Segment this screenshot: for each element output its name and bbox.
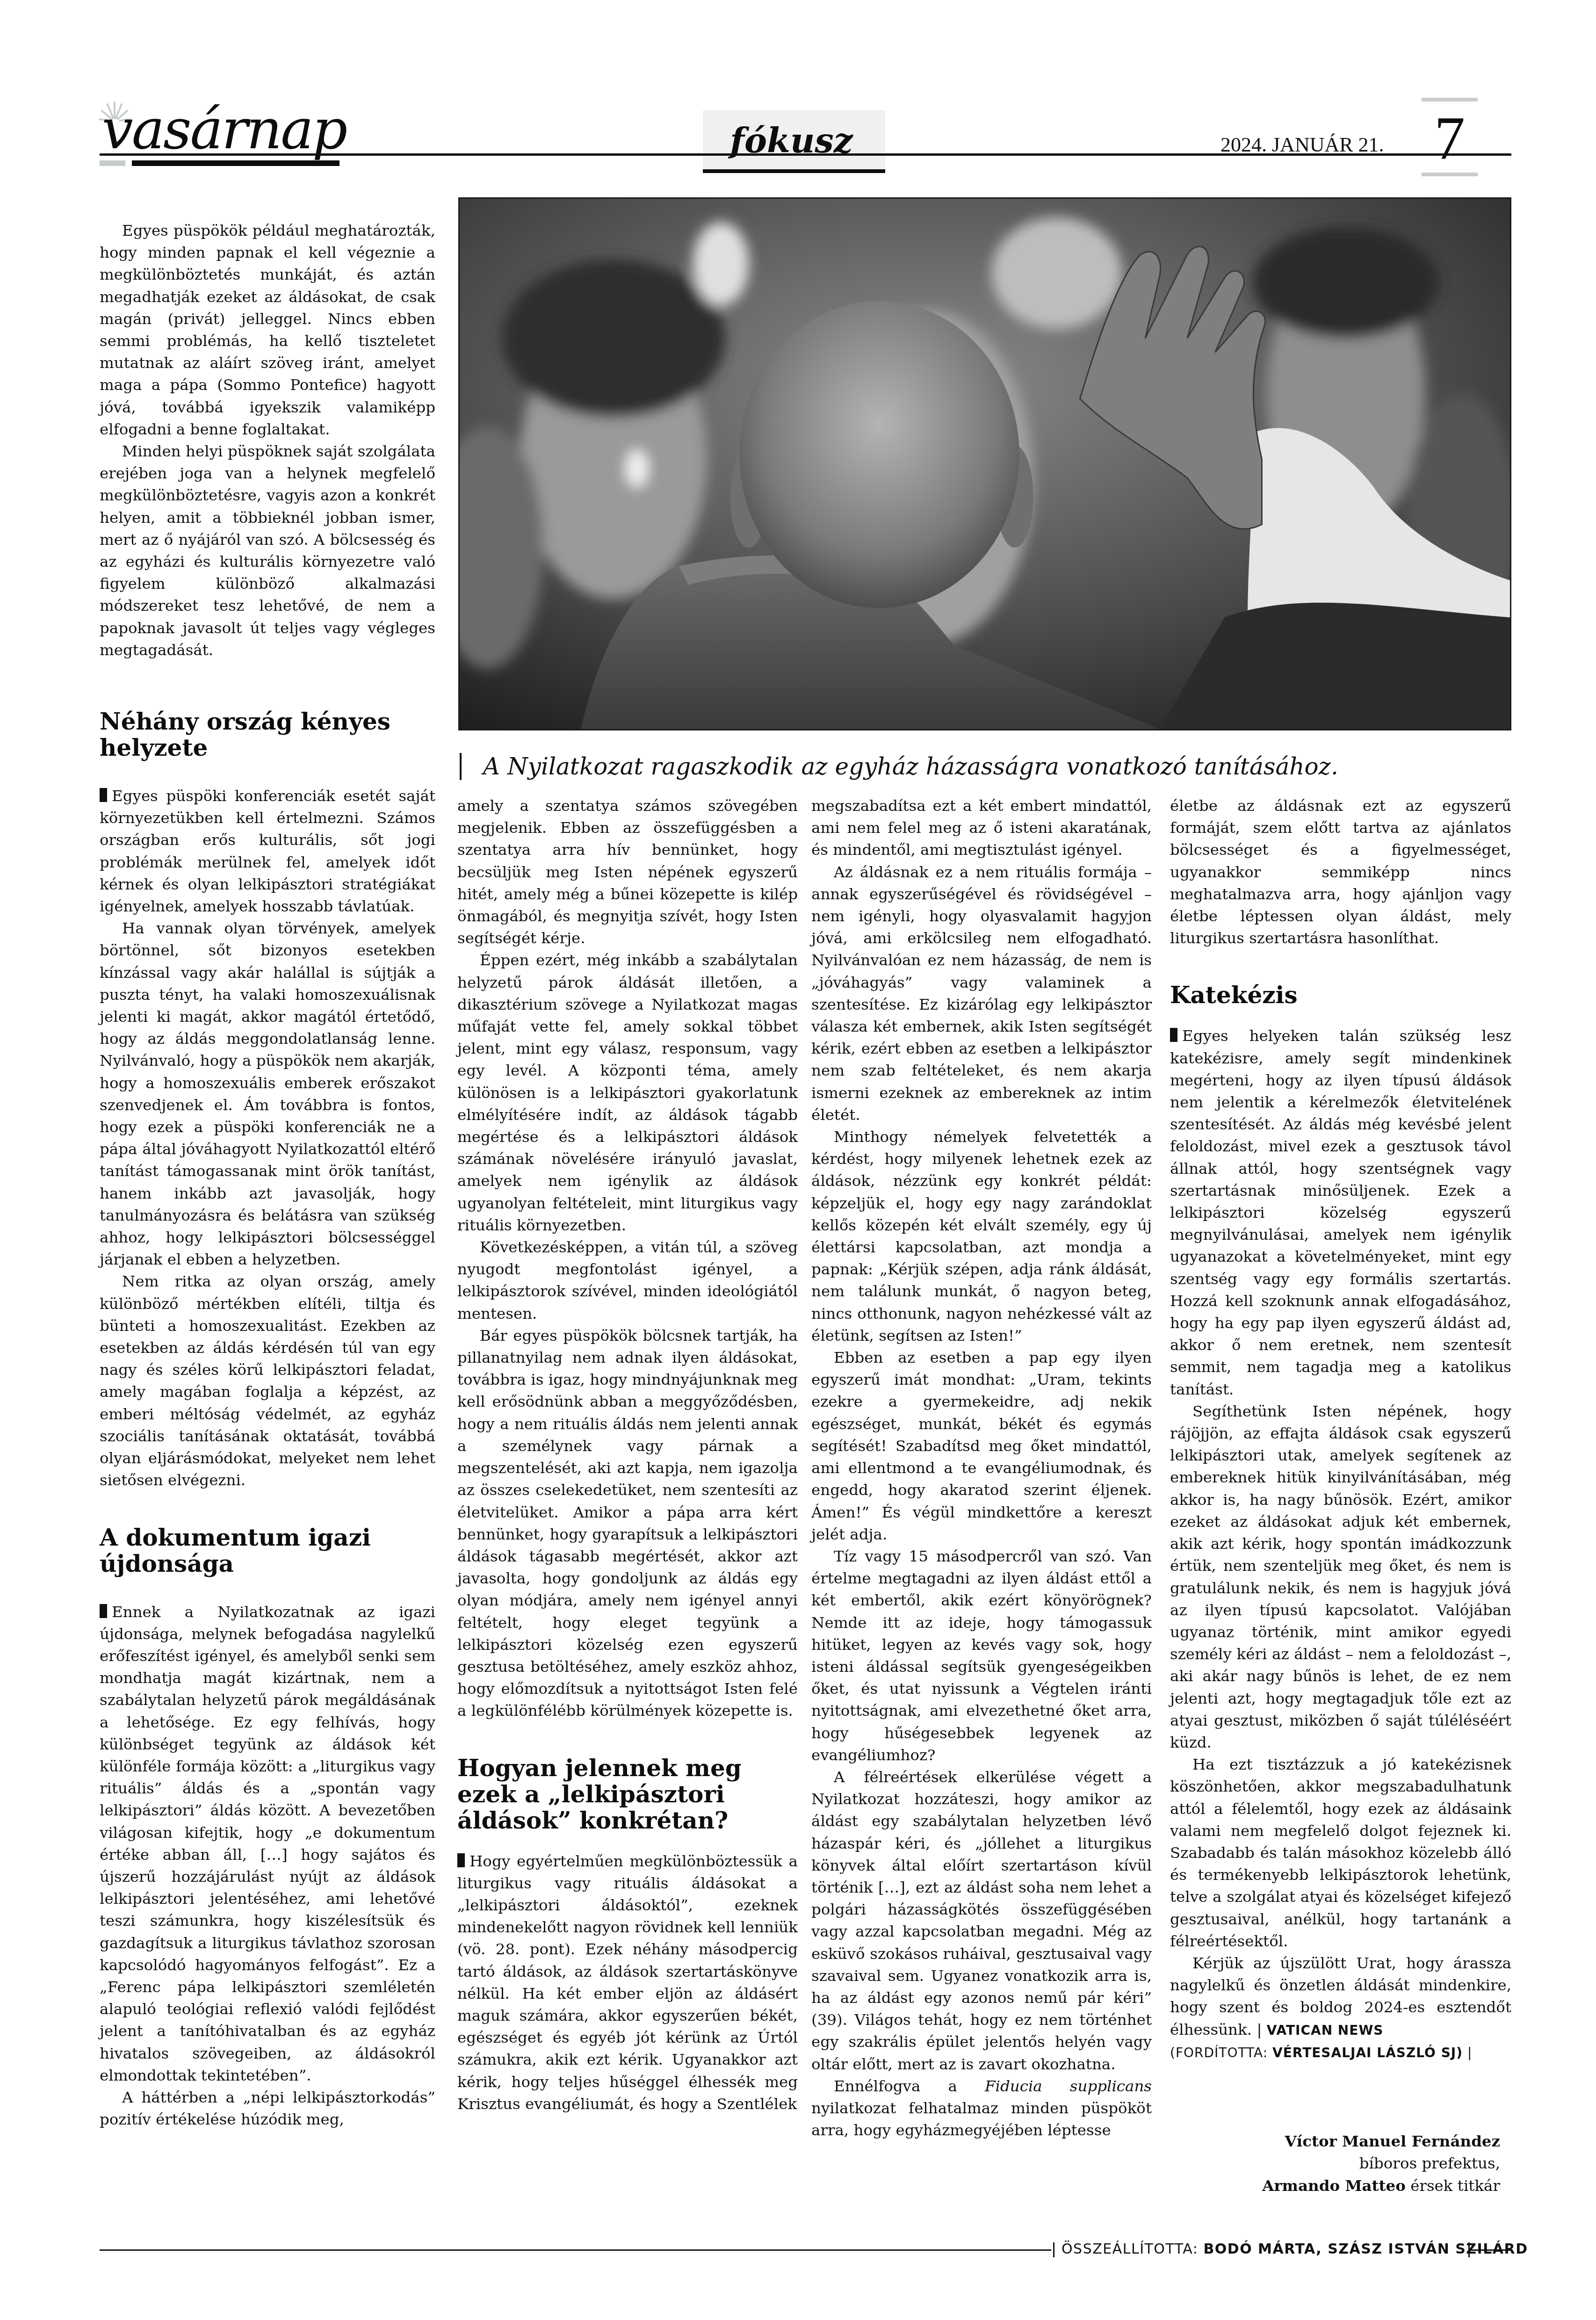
newspaper-logo[interactable]: vasárnap — [98, 101, 341, 168]
paragraph: Az áldásnak ez a nem rituális formája – … — [811, 861, 1152, 1126]
subheading-novelty: A dokumentum igazi újdonsága — [100, 1525, 435, 1577]
paragraph: amely a szentatya számos szövegében megj… — [457, 795, 798, 949]
lead-paragraph: Ennek a Nyilatkozatnak az igazi újdonság… — [100, 1601, 435, 2087]
paragraph: Nem ritka az olyan ország, amely különbö… — [100, 1271, 435, 1491]
paragraph: Kérjük az újszülött Urat, hogy árassza n… — [1170, 1952, 1511, 2064]
paragraph: Minden helyi püspöknek saját szolgálata … — [100, 441, 435, 661]
subheading-how: Hogyan jelennek meg ezek a „lelkipásztor… — [457, 1755, 798, 1834]
paragraph-marker-icon — [100, 788, 107, 802]
logo-rule-black — [132, 160, 339, 166]
paragraph: A félreértések elkerülése végett a Nyila… — [811, 1766, 1152, 2075]
paragraph: Ebben az esetben a pap egy ilyen egyszer… — [811, 1347, 1152, 1546]
document-title: Fiducia supplicans — [985, 2077, 1152, 2095]
column-1-bottom: Néhány ország kényes helyzete Egyes püsp… — [100, 708, 435, 2131]
header-rule — [100, 153, 1511, 156]
logo-rule-gray — [100, 160, 125, 166]
paragraph: Egyes püspökök például meghatározták, ho… — [100, 220, 435, 441]
lead-paragraph: Egyes püspöki konferenciák esetét saját … — [100, 785, 435, 918]
page-number-box: 7 — [1422, 98, 1478, 176]
paragraph: Tíz vagy 15 másodpercről van szó. Van ér… — [811, 1546, 1152, 1766]
photo-blessing-icon — [460, 199, 1510, 729]
column-2: amely a szentatya számos szövegében megj… — [457, 795, 798, 2115]
paragraph: Éppen ezért, még inkább a szabálytalan h… — [457, 949, 798, 1236]
paragraph: Ha vannak olyan törvények, amelyek börtö… — [100, 918, 435, 1271]
footer-rule-right — [1468, 2249, 1511, 2251]
subheading-catechesis: Katekézis — [1170, 982, 1511, 1008]
translator-name: VÉRTESALJAI LÁSZLÓ SJ) — [1272, 2045, 1463, 2060]
section-label-box: fókusz — [703, 110, 885, 173]
caption-bar — [460, 753, 462, 780]
paragraph: Ha ezt tisztázzuk a jó katekézisnek kösz… — [1170, 1754, 1511, 1952]
paragraph-marker-icon — [457, 1853, 465, 1867]
signatory-1-name: Víctor Manuel Fernández — [1285, 2132, 1500, 2150]
column-3: megszabadítsa ezt a két embert mindattól… — [811, 795, 1152, 2141]
paragraph: Bár egyes püspökök bölcsnek tartják, ha … — [457, 1325, 798, 1722]
caption-text: A Nyilatkozat ragaszkodik az egyház háza… — [483, 753, 1338, 780]
column-4: életbe az áldásnak ezt az egyszerű formá… — [1170, 795, 1511, 2064]
column-1-top: Egyes püspökök például meghatározták, ho… — [100, 220, 435, 661]
lead-photo — [458, 197, 1511, 730]
paragraph: Segíthetünk Isten népének, hogy rájöjjön… — [1170, 1401, 1511, 1754]
paragraph-marker-icon — [1170, 1028, 1177, 1042]
compiled-by-credit: ÖSSZEÁLLÍTOTTA: BODÓ MÁRTA, SZÁSZ ISTVÁN… — [1062, 2240, 1528, 2259]
paragraph: életbe az áldásnak ezt az egyszerű formá… — [1170, 795, 1511, 949]
paragraph: Minthogy némelyek felvetették a kérdést,… — [811, 1126, 1152, 1347]
footer-rule-left — [100, 2249, 1051, 2251]
paragraph: A háttérben a „népi lelkipásztorkodás” p… — [100, 2087, 435, 2131]
subheading-countries: Néhány ország kényes helyzete — [100, 708, 435, 761]
page-number: 7 — [1422, 105, 1478, 171]
signatory-2-title: érsek titkár — [1406, 2177, 1500, 2195]
signature-block: Víctor Manuel Fernández bíboros prefektu… — [1170, 2130, 1500, 2197]
lead-paragraph: Egyes helyeken talán szükség lesz kateké… — [1170, 1025, 1511, 1400]
source-credit: VATICAN NEWS — [1267, 2023, 1384, 2038]
paragraph: megszabadítsa ezt a két embert mindattól… — [811, 795, 1152, 861]
paragraph: Ennélfogva a Fiducia supplicans nyilatko… — [811, 2075, 1152, 2142]
paragraph: Következésképpen, a vitán túl, a szöveg … — [457, 1236, 798, 1325]
footer-divider — [1053, 2242, 1054, 2257]
logo-text: vasárnap — [102, 101, 346, 157]
signatory-2-name: Armando Matteo — [1262, 2176, 1406, 2195]
lead-paragraph: Hogy egyértelműen megkülönböztessük a li… — [457, 1850, 798, 2115]
masthead: vasárnap fókusz 2024. JANUÁR 21. 7 — [0, 0, 1596, 196]
signatory-1-title: bíboros prefektus, — [1170, 2153, 1500, 2175]
photo-caption: A Nyilatkozat ragaszkodik az egyház háza… — [460, 753, 1512, 781]
paragraph-marker-icon — [100, 1604, 107, 1618]
translator-label: (FORDÍTOTTA: — [1170, 2045, 1272, 2060]
